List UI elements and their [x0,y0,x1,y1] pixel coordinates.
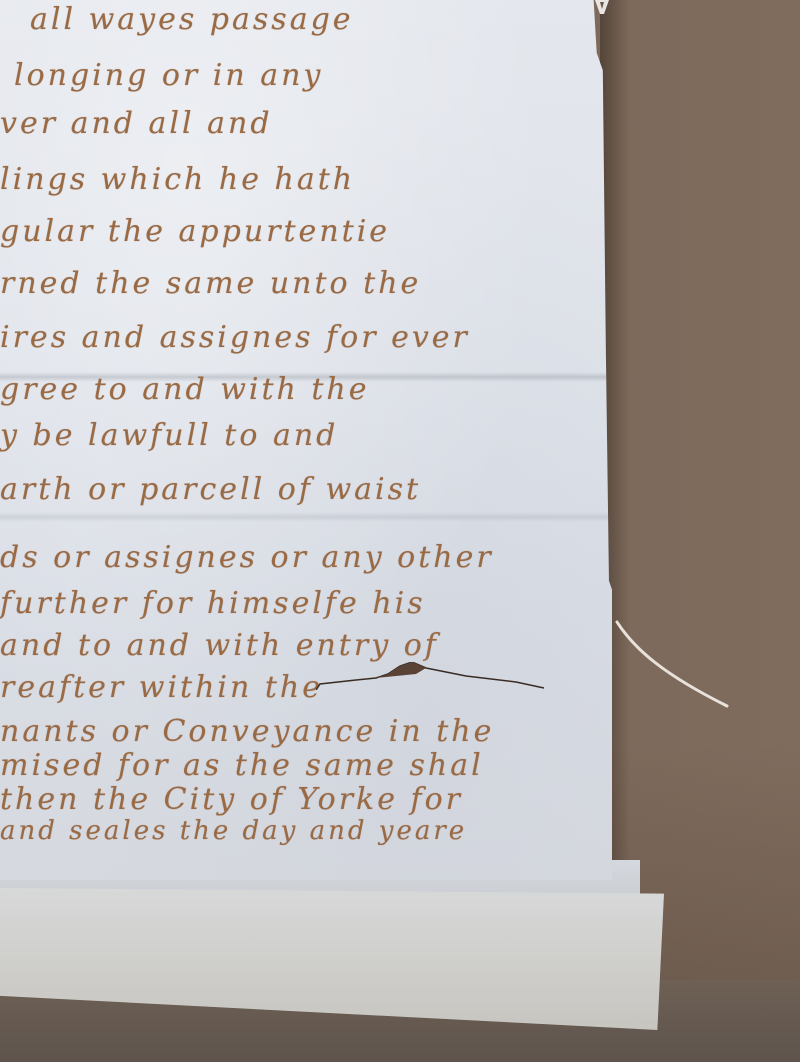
handwritten-line: further for himselfe his [0,586,426,621]
handwritten-line: nants or Conveyance in the [0,714,494,749]
handwritten-line: ires and assignes for ever [0,320,470,355]
parchment-tear [316,662,546,690]
handwritten-line: ds or assignes or any other [0,540,494,575]
handwritten-line: mised for as the same shal [0,748,484,783]
seal-string [615,620,733,710]
handwritten-line: and seales the day and yeare [0,816,467,846]
handwritten-line: and to and with entry of [0,628,439,663]
handwritten-line: rned the same unto the [0,266,421,301]
handwritten-line: reafter within the [0,670,323,705]
handwritten-line: longing or in any [14,58,323,93]
handwritten-line: all wayes passage [30,2,354,37]
handwritten-line: gular the appurtentie [0,214,390,249]
parchment-crease [0,512,612,522]
handwritten-line: gree to and with the [0,372,370,407]
parchment-corner-tab [592,0,612,16]
handwritten-line: then the City of Yorke for [0,782,463,817]
handwritten-line: ver and all and [0,106,273,141]
handwritten-line: y be lawfull to and [0,418,338,453]
handwritten-line: arth or parcell of waist [0,472,421,507]
parchment-document: all wayes passage longing or in any ver … [0,0,612,880]
handwritten-line: lings which he hath [0,162,355,197]
